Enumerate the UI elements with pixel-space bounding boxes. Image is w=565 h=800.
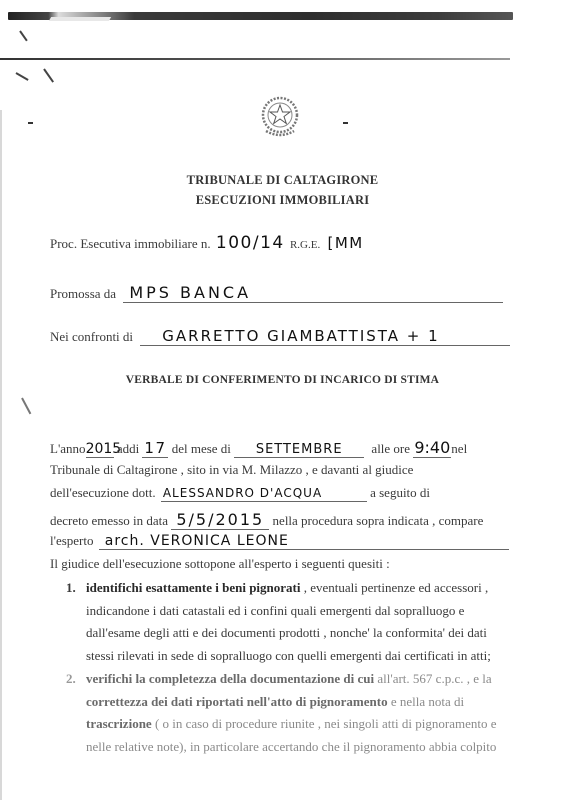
against-line: Nei confronti di GARRETTO GIAMBATTISTA +… — [50, 327, 510, 346]
time-label: alle ore — [371, 441, 410, 456]
question-text: nelle relative note), in particolare acc… — [86, 739, 496, 754]
question-line: indicandone i dati catastali ed i confin… — [86, 603, 464, 619]
decree-suffix: nella procedura sopra indicata , compare — [273, 513, 484, 528]
court-name: TRIBUNALE DI CALTAGIRONE — [0, 173, 565, 188]
month-field[interactable]: SETTEMBRE — [234, 442, 364, 458]
judge-field[interactable]: ALESSANDRO D'ACQUA — [161, 485, 367, 502]
scan-artifact-top-bar — [8, 12, 513, 20]
question-line: dall'esame degli atti e dei documenti pr… — [86, 625, 487, 641]
question-line: correttezza dei dati riportati nell'atto… — [86, 694, 464, 710]
question-number: 1. — [66, 580, 76, 596]
time-field[interactable]: 9:40 — [413, 438, 451, 458]
question-bold-text: correttezza dei dati riportati nell'atto… — [86, 694, 388, 709]
day-label: addi — [117, 441, 139, 456]
promoted-by-line: Promossa da MPS BANCA — [50, 283, 503, 303]
procedure-label: Proc. Esecutiva immobiliare n. — [50, 236, 211, 251]
question-line: identifichi esattamente i beni pignorati… — [86, 580, 488, 596]
decree-line: decreto emesso in data 5/5/2015 nella pr… — [50, 510, 483, 530]
year-field[interactable]: 2015 — [86, 441, 114, 458]
scan-edge — [0, 110, 2, 800]
expert-label: l'esperto — [50, 533, 94, 548]
scan-mark — [21, 398, 31, 415]
expert-value: arch. VERONICA LEONE — [105, 533, 289, 549]
division-name: ESECUZIONI IMMOBILIARI — [0, 193, 565, 208]
procedure-number-value[interactable]: 100/14 — [216, 233, 285, 253]
time-suffix: nel — [451, 441, 467, 456]
question-bold-text: identifichi esattamente i beni pignorati — [86, 580, 301, 595]
rge-suffix-value[interactable]: [MM — [327, 234, 363, 252]
question-line: trascrizione ( o in caso di procedure ri… — [86, 716, 496, 732]
question-line: nelle relative note), in particolare acc… — [86, 739, 496, 755]
question-text: dall'esame degli atti e dei documenti pr… — [86, 625, 487, 640]
expert-line: l'esperto arch. VERONICA LEONE — [50, 533, 509, 550]
day-field[interactable]: 17 — [142, 439, 168, 458]
promoted-label: Promossa da — [50, 286, 116, 301]
month-label: del mese di — [172, 441, 231, 456]
decree-label: decreto emesso in data — [50, 513, 168, 528]
question-text: stessi rilevati in sede di sopralluogo c… — [86, 648, 491, 663]
scan-mark — [43, 68, 54, 82]
against-label: Nei confronti di — [50, 329, 133, 344]
judge-label: dell'esecuzione dott. — [50, 485, 156, 500]
question-number: 2. — [66, 671, 76, 687]
promoted-by-value: MPS BANCA — [129, 283, 251, 302]
date-line: L'anno2015 addi 17 del mese di SETTEMBRE… — [50, 438, 467, 458]
rge-label: R.G.E. — [290, 239, 320, 251]
scan-mark — [343, 122, 348, 124]
question-text: indicandone i dati catastali ed i confin… — [86, 603, 464, 618]
scan-mark — [19, 30, 28, 41]
question-bold-text: trascrizione — [86, 716, 152, 731]
expert-field[interactable]: arch. VERONICA LEONE — [99, 533, 509, 550]
year-label: L'anno — [50, 441, 86, 456]
question-text: , eventuali pertinenze ed accessori , — [301, 580, 489, 595]
questions-intro: Il giudice dell'esecuzione sottopone all… — [50, 556, 390, 572]
scan-artifact-line — [0, 58, 510, 60]
against-value: GARRETTO GIAMBATTISTA + 1 — [162, 327, 439, 345]
procedure-number-line: Proc. Esecutiva immobiliare n. 100/14 R.… — [50, 233, 364, 253]
location-line: Tribunale di Caltagirone , sito in via M… — [50, 462, 413, 478]
question-text: e nella nota di — [388, 694, 465, 709]
document-title: VERBALE DI CONFERIMENTO DI INCARICO DI S… — [0, 374, 565, 386]
judge-value: ALESSANDRO D'ACQUA — [163, 486, 322, 500]
promoted-by-field[interactable]: MPS BANCA — [123, 283, 503, 303]
italian-republic-emblem-icon — [258, 91, 302, 141]
question-bold-text: verifichi la completezza della documenta… — [86, 671, 374, 686]
question-text: ( o in caso di procedure riunite , nei s… — [152, 716, 497, 731]
scan-mark — [28, 122, 33, 124]
judge-line: dell'esecuzione dott. ALESSANDRO D'ACQUA… — [50, 485, 430, 502]
question-text: all'art. 567 c.p.c. , e la — [374, 671, 492, 686]
judge-suffix: a seguito di — [370, 485, 430, 500]
against-field[interactable]: GARRETTO GIAMBATTISTA + 1 — [140, 327, 510, 346]
question-line: stessi rilevati in sede di sopralluogo c… — [86, 648, 491, 664]
question-line: verifichi la completezza della documenta… — [86, 671, 492, 687]
decree-date-field[interactable]: 5/5/2015 — [171, 510, 269, 530]
scan-mark — [16, 72, 29, 81]
